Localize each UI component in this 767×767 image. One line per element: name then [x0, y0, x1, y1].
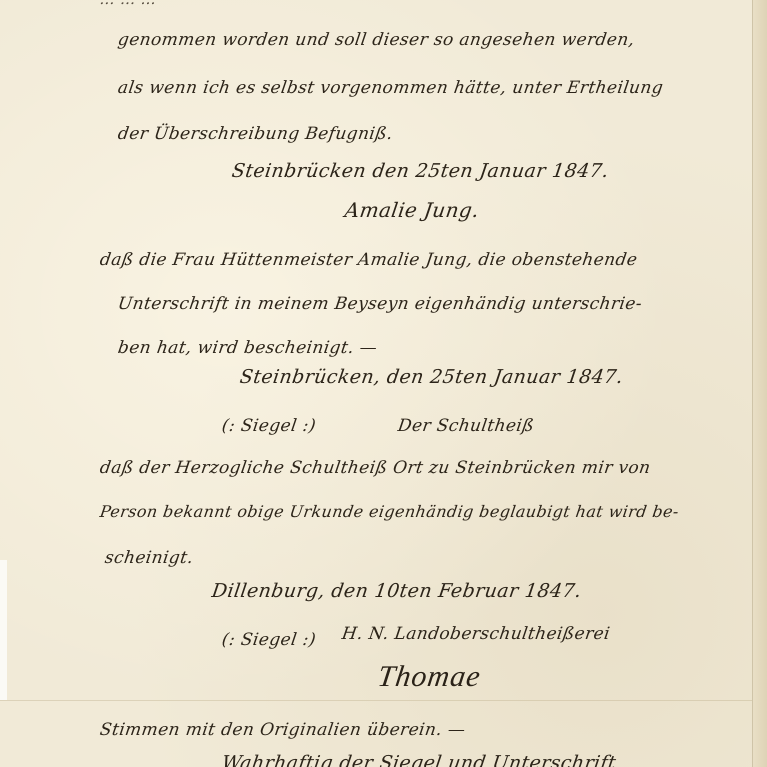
text-line: der Überschreibung Befugniß.: [117, 124, 395, 144]
text-line: genommen worden und soll dieser so anges…: [117, 30, 636, 50]
cut-off-bottom-line: Wahrhaftig der Siegel und Unterschrift: [220, 752, 617, 767]
cut-off-top-line: … … …: [99, 0, 158, 8]
place-date-line: Steinbrücken den 25ten Januar 1847.: [230, 160, 610, 182]
text-line: ben hat, wird bescheinigt. —: [117, 338, 379, 358]
adjacent-page-strip: [753, 0, 767, 767]
text-line: Person bekannt obige Urkunde eigenhändig…: [99, 502, 680, 521]
office-stamp-text: H. N. Landoberschultheißerei: [341, 624, 612, 644]
text-line: scheinigt.: [104, 548, 195, 568]
text-line: daß die Frau Hüttenmeister Amalie Jung, …: [99, 250, 639, 270]
place-date-line: Dillenburg, den 10ten Februar 1847.: [210, 580, 582, 602]
seal-placeholder: (: Siegel :): [221, 630, 318, 650]
text-line: Unterschrift in meinem Beyseyn eigenhänd…: [117, 294, 644, 314]
text-line: daß der Herzogliche Schultheiß Ort zu St…: [99, 458, 652, 478]
scan-border: [0, 560, 7, 700]
seal-placeholder: (: Siegel :): [221, 416, 318, 436]
sheet-edge: [0, 700, 752, 701]
signature: Amalie Jung.: [343, 198, 480, 222]
text-line: als wenn ich es selbst vorgenommen hätte…: [117, 78, 665, 98]
signature: Der Schultheiß: [397, 416, 536, 436]
place-date-line: Steinbrücken, den 25ten Januar 1847.: [238, 366, 624, 388]
signature-thomae: Thomae: [376, 660, 483, 694]
text-line: Stimmen mit den Originalien überein. —: [99, 720, 467, 740]
